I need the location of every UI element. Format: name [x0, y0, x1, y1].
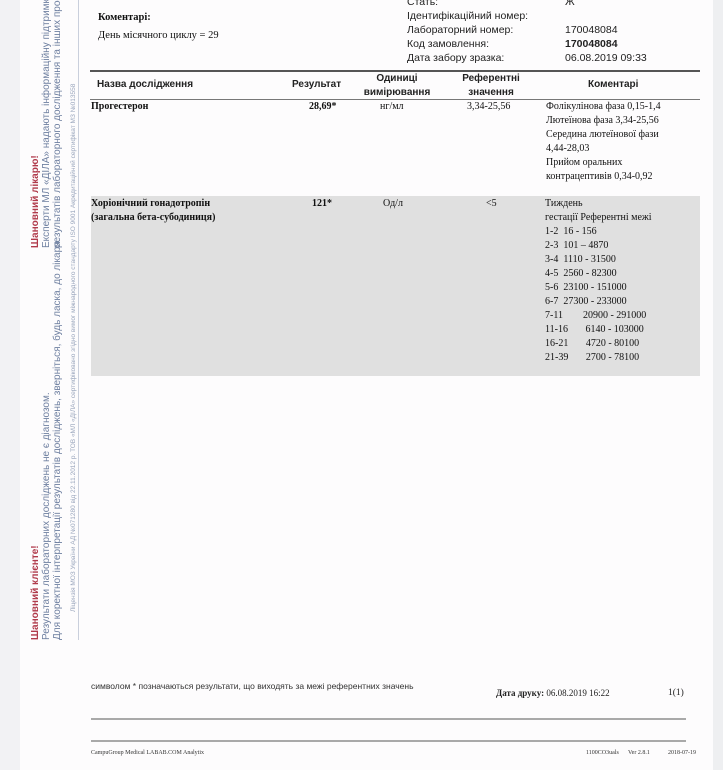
comment-line: 21-39 2700 - 78100	[545, 351, 639, 365]
comment-line: 2-3 101 – 4870	[545, 239, 608, 253]
comment-line: 4-5 2560 - 82300	[545, 267, 617, 281]
side-note-client: Шановний клієнте! Результати лабораторни…	[30, 239, 63, 640]
client-note-line1: Результати лабораторних досліджень не є …	[41, 239, 52, 640]
doctor-note-line1: Експерти МЛ «ДІЛА» надають інформаційну …	[41, 0, 52, 248]
info-key: Стать:	[407, 0, 438, 8]
test-result: 28,69*	[309, 100, 337, 114]
print-date-label: Дата друку:	[496, 688, 544, 698]
col-header-units: Одиниці вимірювання	[350, 73, 444, 99]
print-date-value: 06.08.2019 16:22	[546, 688, 609, 698]
client-note-title: Шановний клієнте!	[30, 239, 41, 640]
table-top-rule	[90, 70, 700, 72]
info-key: Ідентифікаційний номер:	[407, 10, 528, 22]
comments-label: Коментарі:	[98, 12, 151, 23]
test-name: Прогестерон	[91, 100, 148, 114]
side-note-doctor: Шановний лікарю! Експерти МЛ «ДІЛА» нада…	[30, 0, 63, 248]
info-key: Код замовлення:	[407, 38, 489, 50]
col-header-name: Назва дослідження	[97, 79, 193, 91]
test-result: 121*	[312, 197, 332, 211]
test-name: Хоріонічний гонадотропін	[91, 197, 210, 211]
comment-line: Лютеїнова фаза 3,34-25,56	[546, 114, 659, 128]
comment-line: 7-11 20900 - 291000	[545, 309, 646, 323]
comments-value: День місячного циклу = 29	[98, 30, 219, 41]
comment-line: 1-2 16 - 156	[545, 225, 597, 239]
comment-line: 6-7 27300 - 233000	[545, 295, 627, 309]
software-name: CampuGroup Medical LABAB.COM Analytix	[91, 750, 204, 756]
footer-rule-1	[91, 718, 686, 720]
footnote: символом * позначаються результати, що в…	[91, 681, 414, 691]
test-units: нг/мл	[380, 100, 404, 114]
comment-line: гестації Референтні межі	[545, 211, 652, 225]
footer-rule-2	[91, 740, 686, 742]
comment-line: 4,44-28,03	[546, 142, 589, 156]
comment-line: 11-16 6140 - 103000	[545, 323, 644, 337]
left-margin	[0, 0, 20, 770]
page-number: 1(1)	[668, 688, 684, 698]
comment-line: 16-21 4720 - 80100	[545, 337, 639, 351]
comment-line: 3-4 1110 - 31500	[545, 253, 616, 267]
col-header-result: Результат	[292, 79, 341, 91]
comment-line: 5-6 23100 - 151000	[545, 281, 627, 295]
software-version: Ver 2.8.1	[628, 750, 650, 756]
license-text: Ліцензія МОЗ України АД №071280 від 22.1…	[70, 84, 78, 612]
comment-line: Середина лютеїнової фази	[546, 128, 659, 142]
comment-line: контрацептивів 0,34-0,92	[546, 170, 653, 184]
col-header-ref-line1: Референтні	[452, 73, 530, 85]
print-date: Дата друку: 06.08.2019 16:22	[496, 688, 610, 698]
doctor-note-title: Шановний лікарю!	[30, 0, 41, 248]
info-value: 06.08.2019 09:33	[565, 52, 647, 64]
scrollbar-track[interactable]	[713, 0, 723, 770]
info-value: 170048084	[565, 24, 618, 36]
comment-line: Тиждень	[545, 197, 583, 211]
side-license: Ліцензія МОЗ України АД №071280 від 22.1…	[70, 84, 78, 612]
software-date: 2018-07-19	[668, 750, 696, 756]
comment-line: Прийом оральних	[546, 156, 622, 170]
software-code: 1100CO3uals	[586, 750, 619, 756]
test-name-sub: (загальна бета-субодиниця)	[91, 211, 215, 225]
col-header-comments: Коментарі	[588, 79, 638, 91]
side-divider	[78, 0, 79, 640]
test-reference: <5	[486, 197, 497, 211]
col-header-units-line1: Одиниці	[350, 73, 444, 85]
info-value: 170048084	[565, 38, 618, 50]
info-value: Ж	[565, 0, 575, 8]
col-header-units-line2: вимірювання	[350, 87, 444, 99]
info-key: Дата забору зразка:	[407, 52, 504, 64]
client-note-line2: Для коректної інтерпретації результатів …	[52, 239, 63, 640]
test-units: Од/л	[383, 197, 403, 211]
info-key: Лабораторний номер:	[407, 24, 513, 36]
comment-line: Фолікулінова фаза 0,15-1,4	[546, 100, 661, 114]
doctor-note-line2: результатів лабораторного дослідження та…	[52, 0, 63, 248]
col-header-reference: Референтні значення	[452, 73, 530, 99]
test-reference: 3,34-25,56	[467, 100, 510, 114]
col-header-ref-line2: значення	[452, 87, 530, 99]
